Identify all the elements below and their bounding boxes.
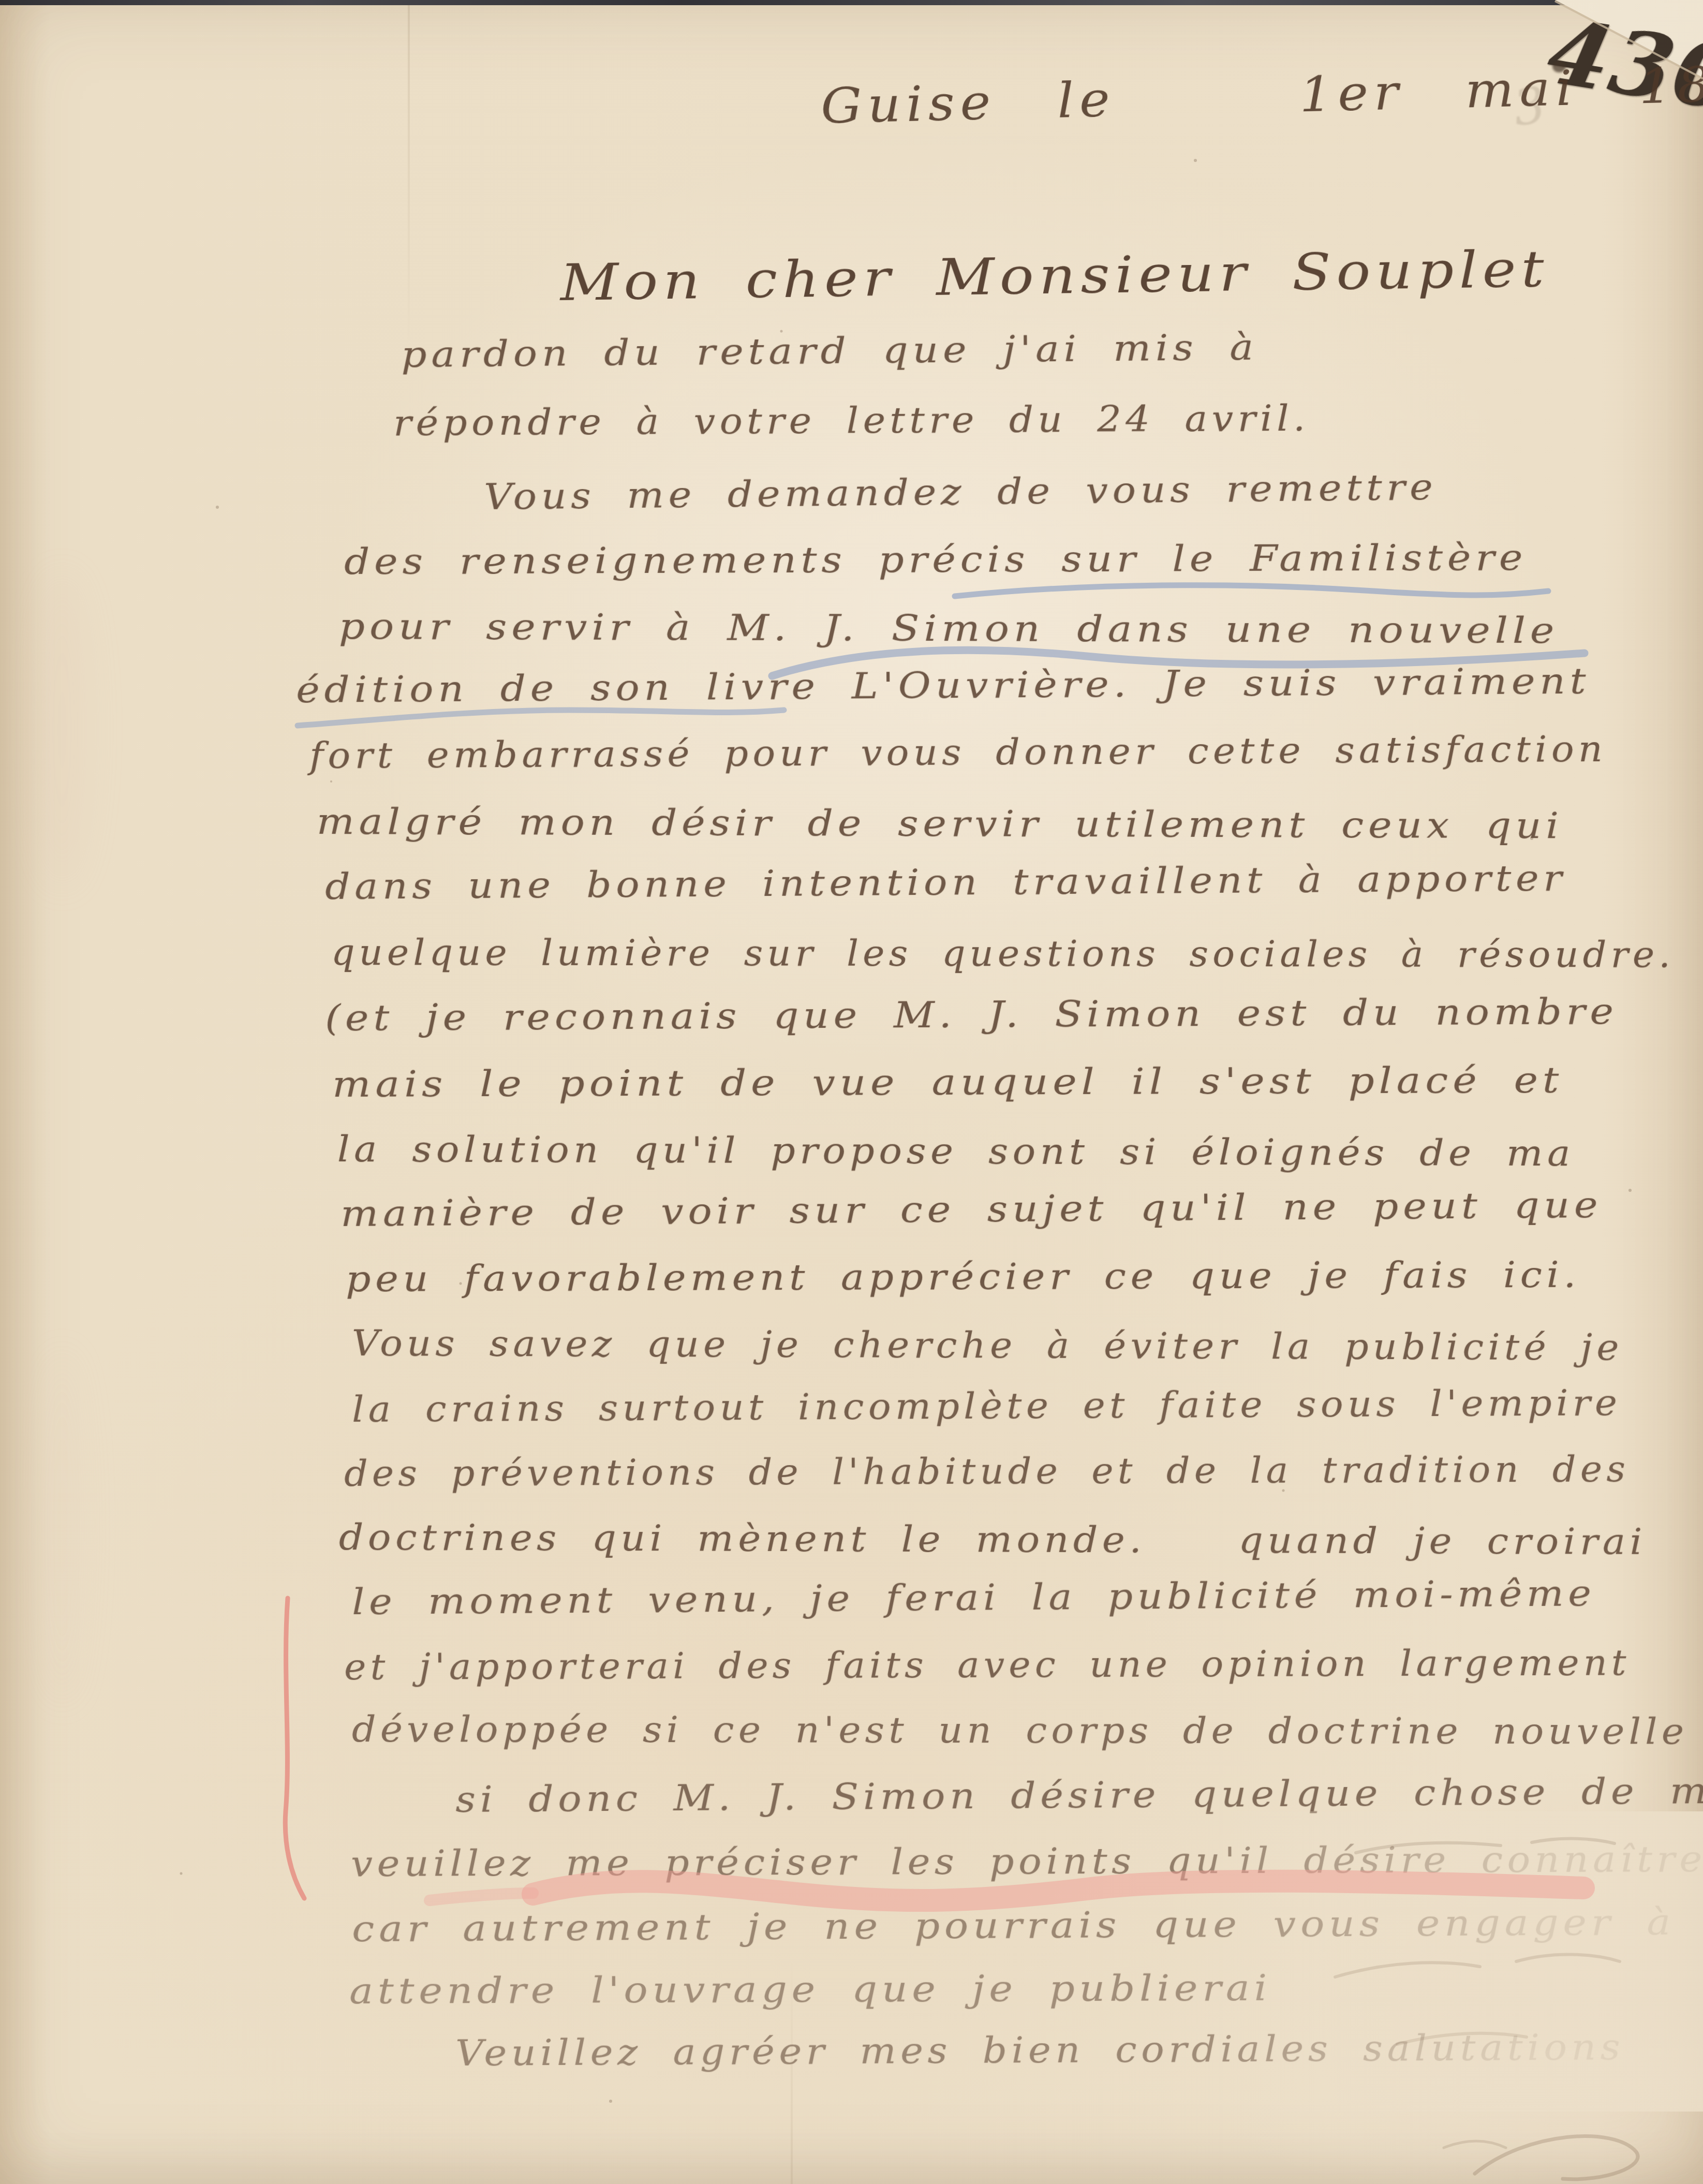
ghost-writing — [1335, 1954, 1620, 1977]
salutation-line: Mon cher Monsieur Souplet — [560, 244, 1549, 308]
letter-line: et j'apporterai des faits avec une opini… — [344, 1644, 1631, 1685]
pink-highlight-underline — [533, 1881, 1583, 1900]
letter-line: (et je reconnais que M. J. Simon est du … — [325, 993, 1618, 1036]
letter-line: doctrines qui mènent le monde. quand je … — [339, 1519, 1647, 1560]
signature-flourish — [1444, 2141, 1506, 2148]
signature-flourish — [1475, 2136, 1638, 2179]
letter-line: pour servir à M. J. Simon dans une nouve… — [339, 608, 1559, 648]
letter-line: malgré mon désir de servir utilement ceu… — [317, 803, 1563, 844]
show-through-smudge — [36, 1346, 88, 1708]
red-margin-line — [285, 1598, 304, 1898]
letter-line: attendre l'ouvrage que je publierai — [349, 1970, 1271, 2009]
letter-line: édition de son livre L'Ouvrière. Je suis… — [296, 663, 1591, 708]
letter-line: la crains surtout incomplète et faite so… — [352, 1384, 1621, 1427]
scan-edge-top — [0, 0, 1703, 5]
letter-line: manière de voir sur ce sujet qu'il ne pe… — [340, 1187, 1603, 1232]
paper-crease — [408, 5, 410, 347]
letter-line: des renseignements précis sur le Familis… — [344, 539, 1527, 580]
letter-line: Vous me demandez de vous remettre — [484, 469, 1438, 515]
show-through-smudge — [31, 569, 93, 890]
blue-underline — [298, 710, 784, 726]
letter-line: si donc M. J. Simon désire quelque chose… — [455, 1772, 1703, 1818]
letter-line: la solution qu'il propose sont si éloign… — [337, 1131, 1575, 1171]
letter-line: fort embarrassé pour vous donner cette s… — [309, 731, 1607, 774]
letter-line: le moment venu, je ferai la publicité mo… — [352, 1575, 1596, 1620]
letter-line: veuillez me préciser les points qu'il dé… — [351, 1841, 1703, 1882]
pink-highlight-underline — [430, 1893, 533, 1900]
letter-line: Vous savez que je cherche à éviter la pu… — [352, 1325, 1623, 1366]
letter-line: dans une bonne intention travaillent à a… — [325, 860, 1566, 905]
letter-line: des préventions de l'habitude et de la t… — [344, 1451, 1630, 1492]
blue-underline — [955, 585, 1548, 596]
letter-line: peu favorablement apprécier ce que je fa… — [346, 1257, 1580, 1297]
dateline: Guise le 1er mai 1863. — [820, 58, 1703, 131]
letter-line: car autrement je ne pourrais que vous en… — [352, 1904, 1675, 1947]
letter-line: développée si ce n'est un corps de doctr… — [352, 1711, 1688, 1750]
letter-line: mais le point de vue auquel il s'est pla… — [332, 1062, 1564, 1102]
letter-line: pardon du retard que j'ai mis à — [401, 329, 1258, 373]
letter-line: Veuillez agréer mes bien cordiales salut… — [455, 2029, 1624, 2071]
letter-line: répondre à votre lettre du 24 avril. — [393, 400, 1310, 441]
letter-page: 430 3 Guise le 1er mai 1863. Mon cher Mo… — [0, 0, 1703, 2184]
letter-line: quelque lumière sur les questions social… — [331, 934, 1675, 973]
